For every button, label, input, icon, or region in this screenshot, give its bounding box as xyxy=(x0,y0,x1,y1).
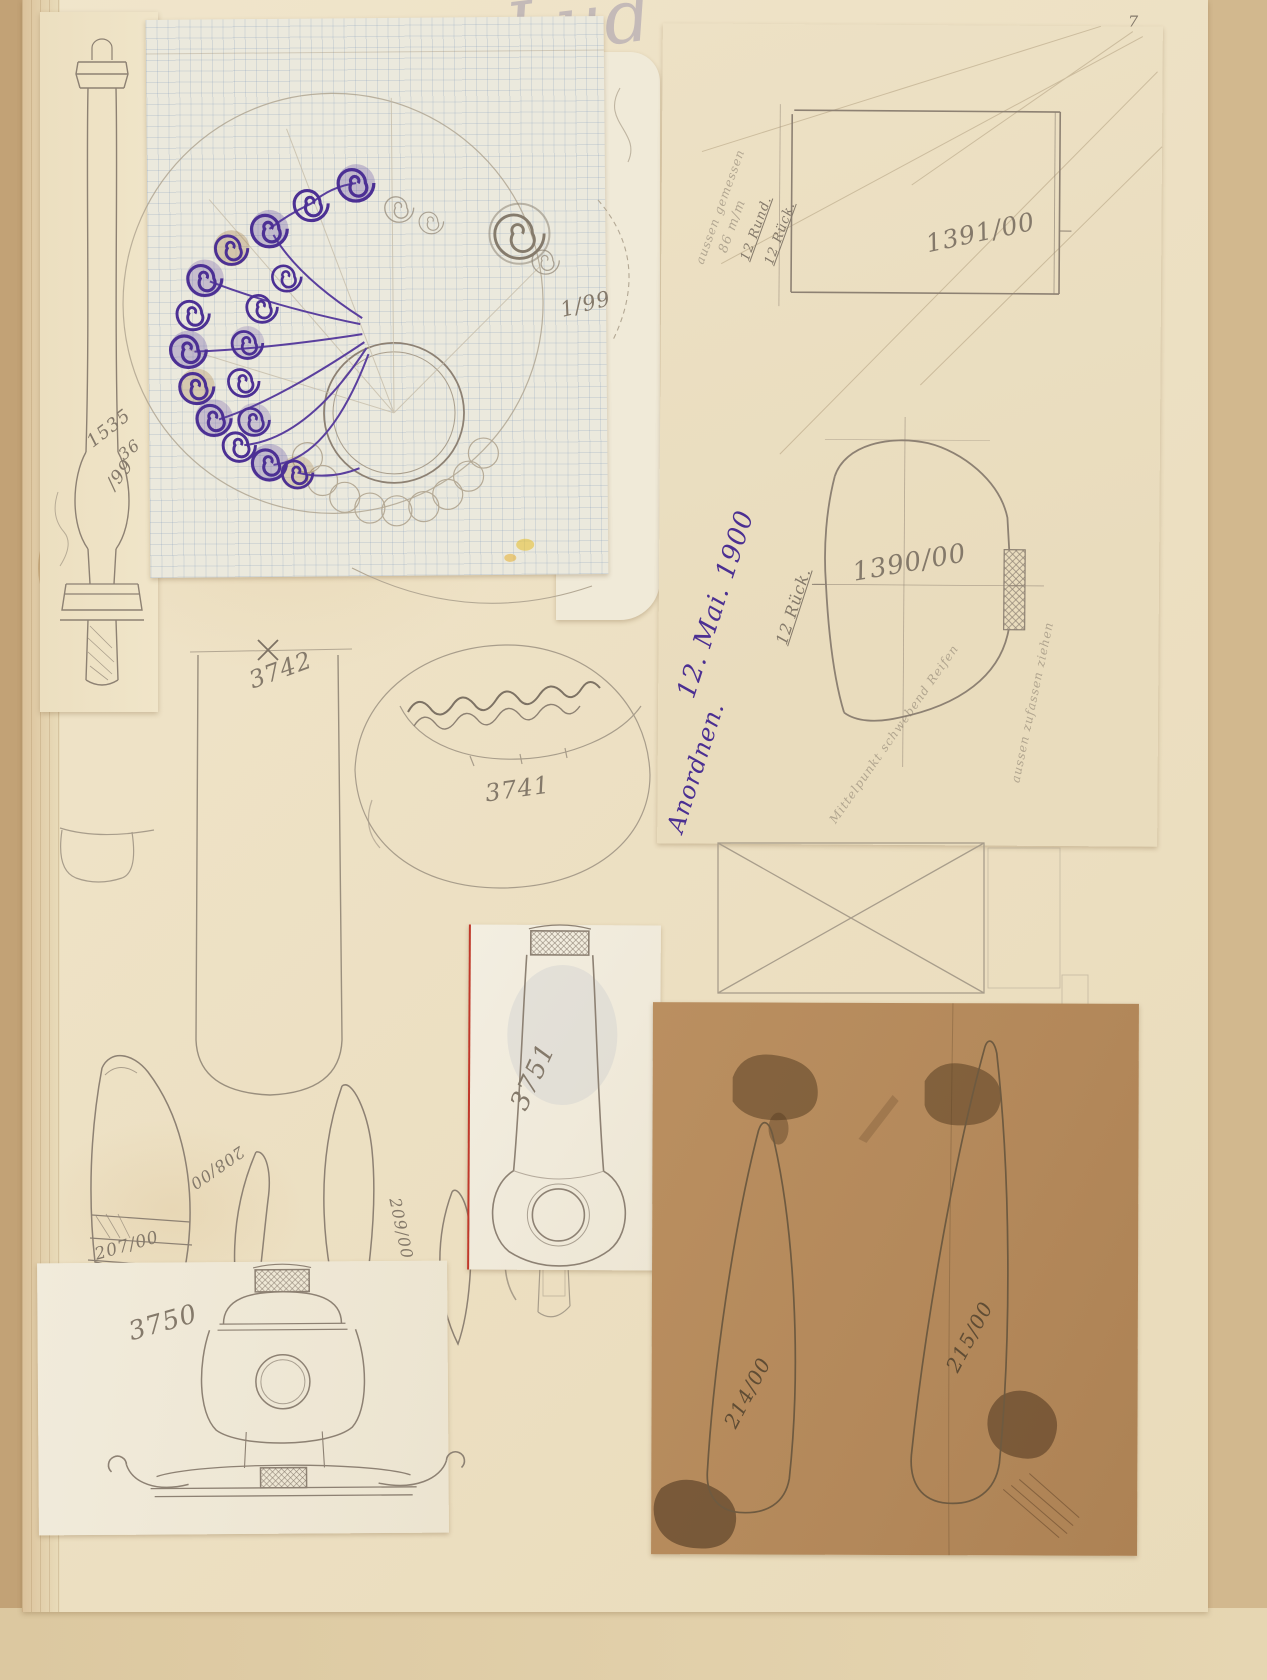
left-strip-sheet xyxy=(40,12,158,712)
kraft-sheet xyxy=(651,1002,1139,1556)
inkwell-sheet xyxy=(37,1261,449,1536)
graph-paper-sheet xyxy=(146,16,609,578)
kraft-horn-drawings xyxy=(651,1002,1139,1556)
top-right-sheet xyxy=(657,23,1163,846)
inkwell-drawing xyxy=(37,1261,449,1536)
baluster-drawing xyxy=(40,12,158,712)
bottle-drawing xyxy=(469,925,661,1271)
backing-bottom-edge xyxy=(0,1608,1267,1680)
technical-drawings xyxy=(657,23,1163,846)
bottle-sheet xyxy=(467,924,661,1270)
spiral-ornament-drawing xyxy=(146,16,609,578)
backing-left-edge xyxy=(0,0,22,1680)
scanned-album-page: { "page": { "number": "7", "archive_note… xyxy=(0,0,1267,1680)
